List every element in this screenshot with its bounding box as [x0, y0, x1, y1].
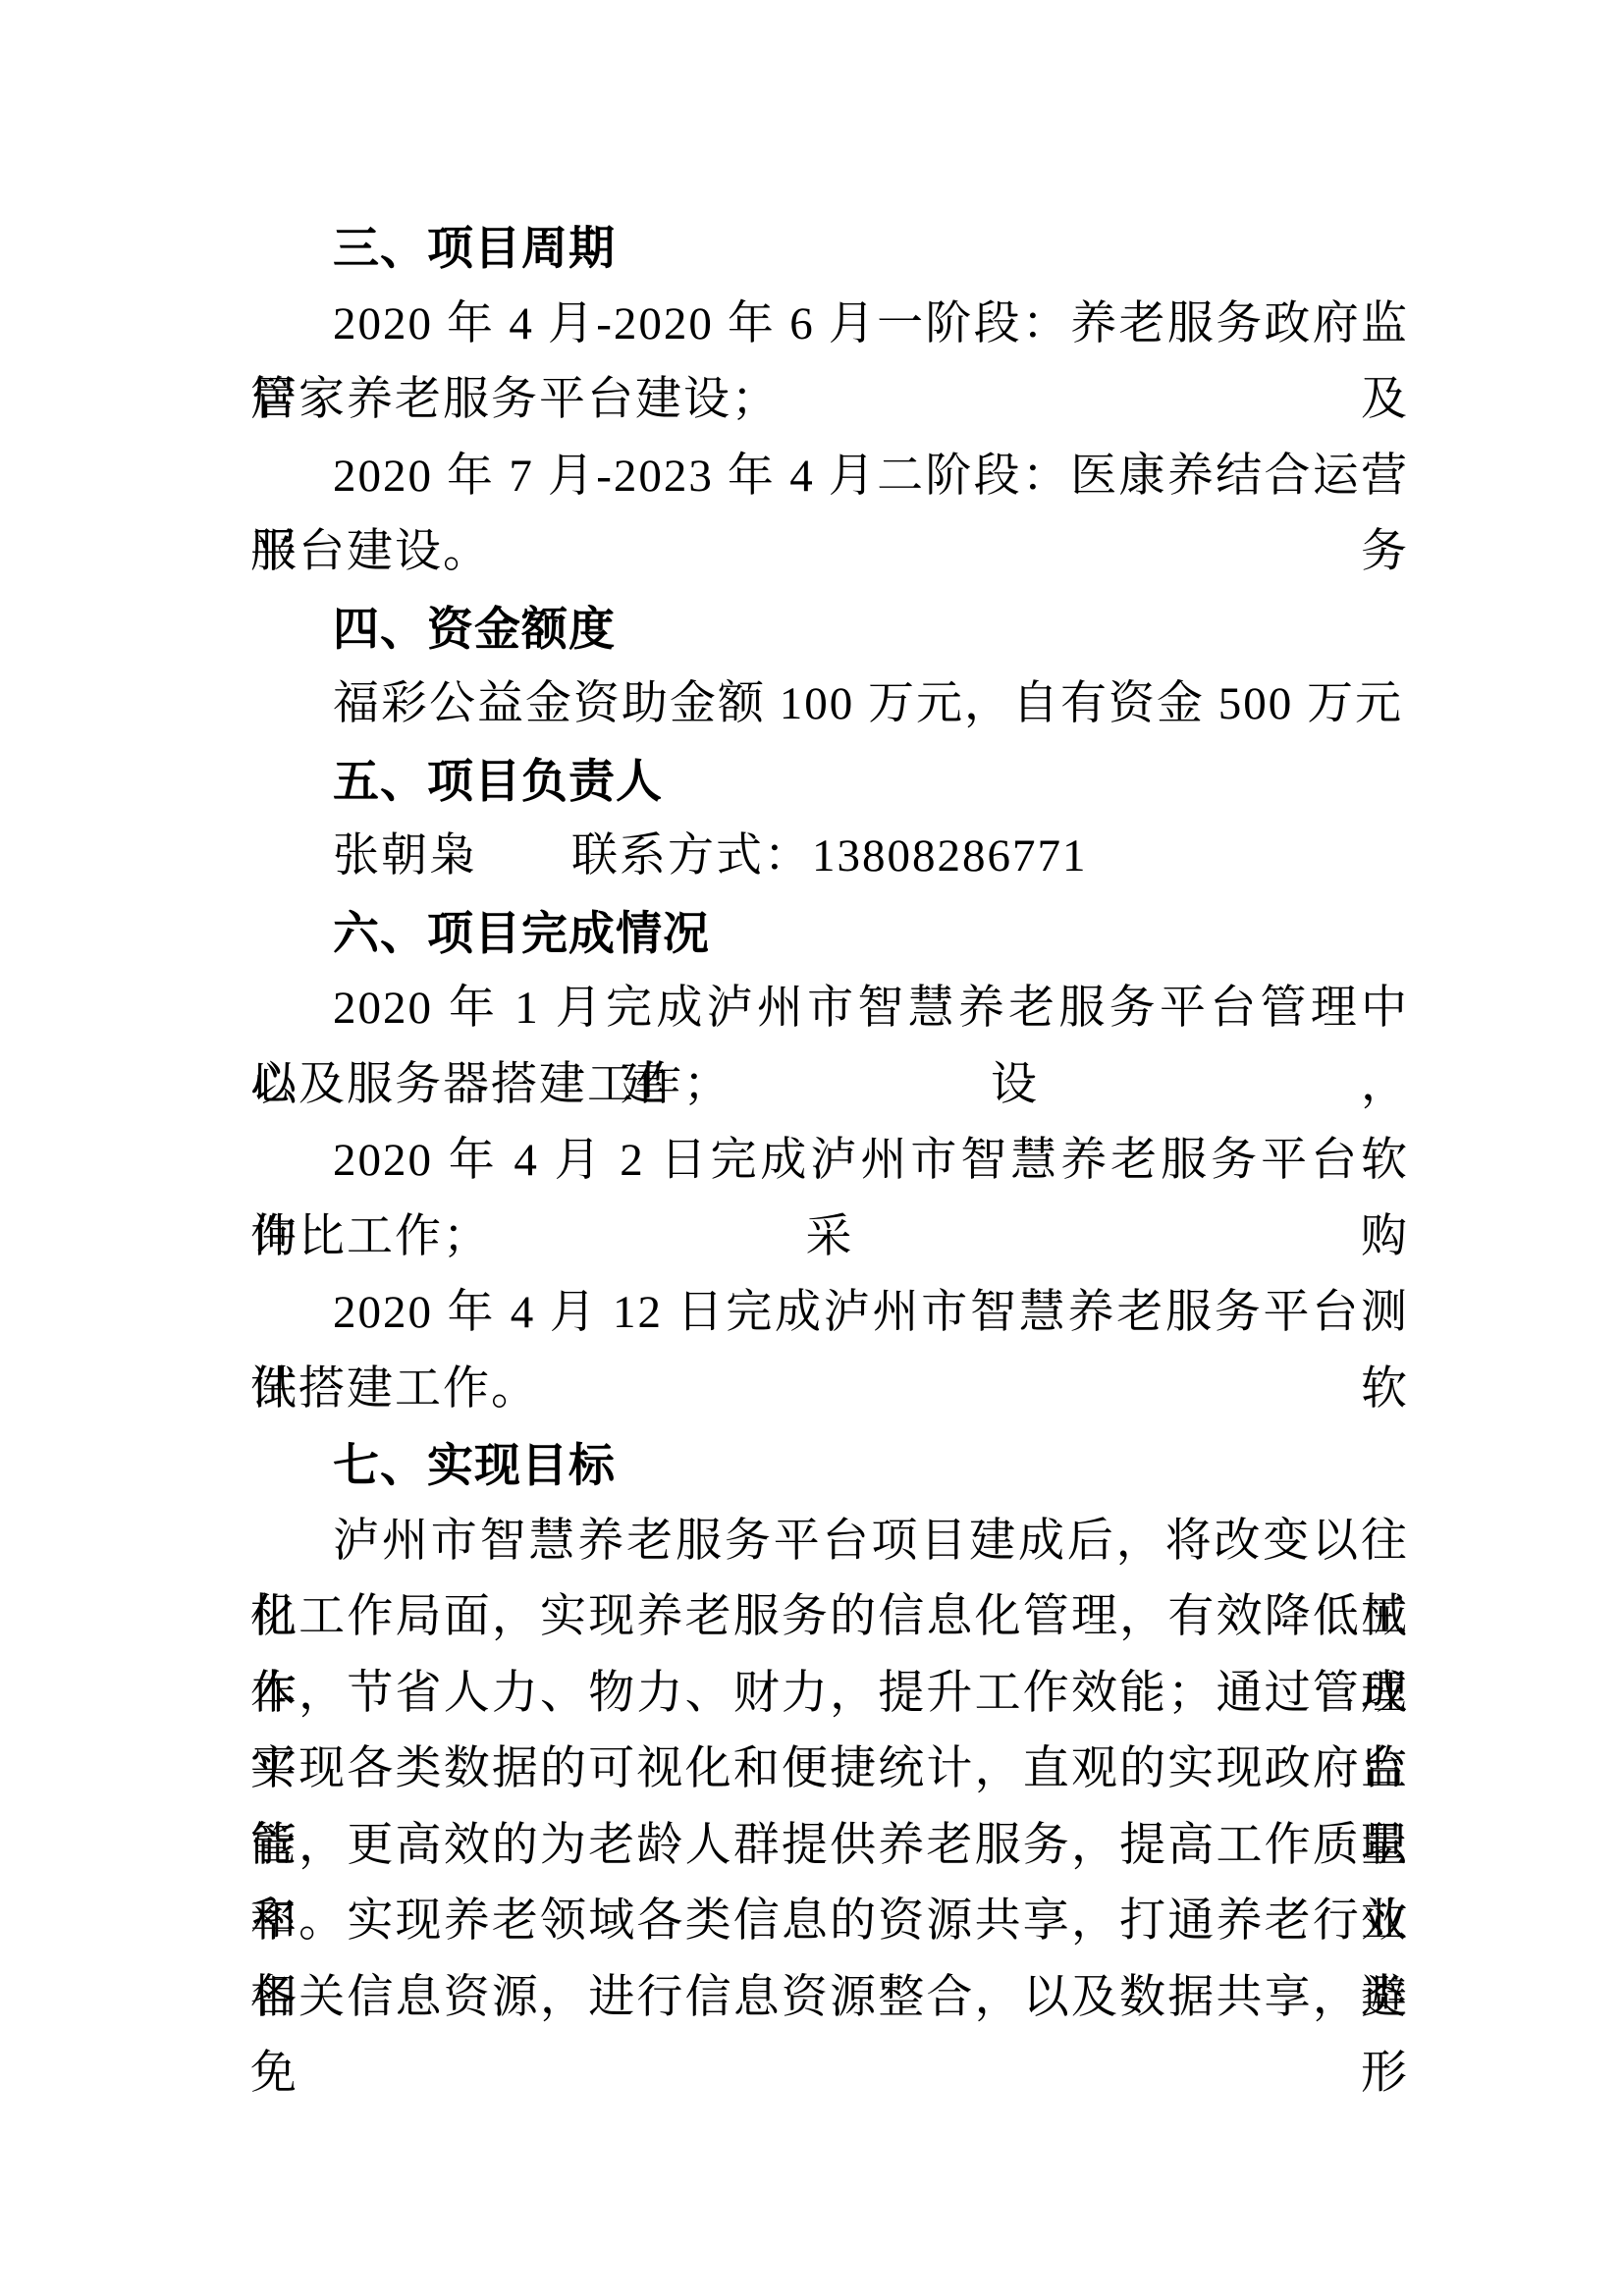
document-page: 三、项目周期2020 年 4 月-2020 年 6 月一阶段：养老服务政府监管及… [0, 0, 1623, 2296]
body-line: 2020 年 7 月-2023 年 4 月二阶段：医康养结合运营服务 [250, 439, 1409, 515]
section-heading: 四、资金额度 [250, 591, 1409, 667]
body-line: 相关信息资源，进行信息资源整合，以及数据共享，避免形 [250, 1960, 1409, 2037]
section-heading: 五、项目负责人 [250, 743, 1409, 820]
responsible-person-name: 张朝枭 [333, 830, 477, 881]
body-line: 化工作局面，实现养老服务的信息化管理，有效降低工作成 [250, 1579, 1409, 1656]
body-line: 能，更高效的为老龄人群提供养老服务，提高工作质量和效 [250, 1808, 1409, 1885]
body-line: 本，节省人力、物力、财力，提升工作效能；通过管理平台 [250, 1656, 1409, 1733]
section-heading: 三、项目周期 [250, 210, 1409, 287]
body-line: 泸州市智慧养老服务平台项目建成后，将改变以往机械 [250, 1504, 1409, 1580]
contact-phone: 联系方式：13808286771 [571, 830, 1088, 881]
body-line: 2020 年 4 月 12 日完成泸州市智慧养老服务平台测试软 [250, 1275, 1409, 1352]
document-content: 三、项目周期2020 年 4 月-2020 年 6 月一阶段：养老服务政府监管及… [250, 210, 1409, 2036]
section-heading: 六、项目完成情况 [250, 895, 1409, 972]
body-line: 率。实现养老领域各类信息的资源共享，打通养老行业各类 [250, 1884, 1409, 1960]
section-heading: 七、实现目标 [250, 1427, 1409, 1504]
body-line: 2020 年 1 月完成泸州市智慧养老服务平台管理中心建设， [250, 971, 1409, 1047]
body-line: 实现各类数据的可视化和便捷统计，直观的实现政府监管职 [250, 1732, 1409, 1808]
contact-line: 张朝枭联系方式：13808286771 [250, 819, 1409, 895]
body-line: 2020 年 4 月 2 日完成泸州市智慧养老服务平台软件采购 [250, 1123, 1409, 1200]
body-line: 福彩公益金资助金额 100 万元，自有资金 500 万元 [250, 667, 1409, 743]
body-line: 2020 年 4 月-2020 年 6 月一阶段：养老服务政府监管及 [250, 287, 1409, 363]
